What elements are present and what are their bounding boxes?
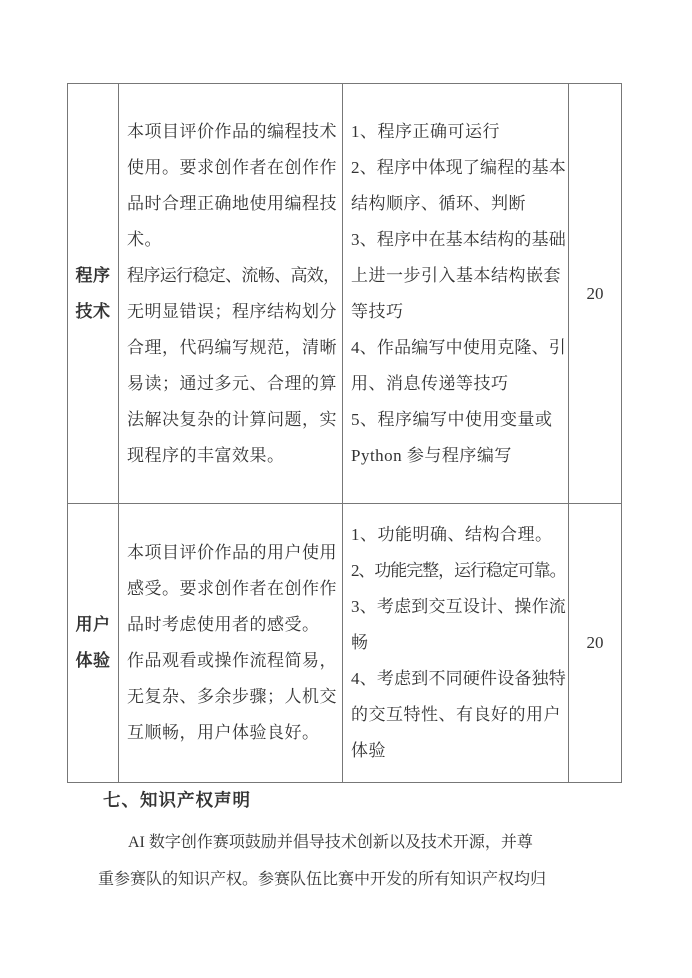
text-line: 重参赛队的知识产权。参赛队伍比赛中开发的所有知识产权均归 — [98, 861, 568, 898]
text-line: 程序 — [76, 258, 111, 294]
text-line: 无复杂、多余步骤；人机交 — [127, 679, 340, 715]
text-line: 技术 — [76, 294, 111, 330]
text-line: 易读；通过多元、合理的算 — [127, 366, 340, 402]
text-line: 畅 — [351, 625, 566, 661]
category-cell-user-experience: 用户体验 — [68, 504, 119, 782]
text-line: 体验 — [76, 643, 111, 679]
text-line: 用、消息传递等技巧 — [351, 366, 566, 402]
section-heading-ip-statement: 七、知识产权声明 — [103, 787, 251, 812]
text-line: 的交互特性、有良好的用户 — [351, 697, 566, 733]
category-cell-program-technology: 程序技术 — [68, 84, 119, 504]
text-line: 法解决复杂的计算问题，实 — [127, 402, 340, 438]
text-line: 术。 — [127, 222, 340, 258]
text-line: 结构顺序、循环、判断 — [351, 186, 566, 222]
text-line: 现程序的丰富效果。 — [127, 438, 340, 474]
score-value-program-technology: 20 — [587, 284, 604, 304]
text-line: 等技巧 — [351, 294, 566, 330]
score-cell-program-technology: 20 — [569, 84, 621, 504]
description-cell-user-experience: 本项目评价作品的用户使用感受。要求创作者在创作作品时考虑使用者的感受。作品观看或… — [119, 504, 343, 782]
text-line: 作品观看或操作流程简易， — [127, 643, 340, 679]
text-line: AI 数字创作赛项鼓励并倡导技术创新以及技术开源，并尊 — [98, 824, 568, 861]
text-line: 合理，代码编写规范，清晰 — [127, 330, 340, 366]
scoring-rubric-table: 程序技术 本项目评价作品的编程技术使用。要求创作者在创作作品时合理正确地使用编程… — [67, 83, 622, 783]
section-paragraph-ip-statement: AI 数字创作赛项鼓励并倡导技术创新以及技术开源，并尊重参赛队的知识产权。参赛队… — [98, 824, 568, 898]
score-cell-user-experience: 20 — [569, 504, 621, 782]
criteria-cell-program-technology: 1、程序正确可运行2、程序中体现了编程的基本结构顺序、循环、判断3、程序中在基本… — [343, 84, 569, 504]
text-line: 本项目评价作品的用户使用 — [127, 535, 340, 571]
text-line: 用户 — [76, 607, 111, 643]
text-line: 3、程序中在基本结构的基础 — [351, 222, 566, 258]
text-line: 1、功能明确、结构合理。 — [351, 517, 566, 553]
text-line: 4、考虑到不同硬件设备独特 — [351, 661, 566, 697]
text-line: 互顺畅，用户体验良好。 — [127, 715, 340, 751]
score-value-user-experience: 20 — [587, 633, 604, 653]
text-line: 2、功能完整，运行稳定可靠。 — [351, 553, 566, 589]
text-line: 品时合理正确地使用编程技 — [127, 186, 340, 222]
text-line: 品时考虑使用者的感受。 — [127, 607, 340, 643]
text-line: Python 参与程序编写 — [351, 438, 566, 474]
description-cell-program-technology: 本项目评价作品的编程技术使用。要求创作者在创作作品时合理正确地使用编程技术。程序… — [119, 84, 343, 504]
text-line: 4、作品编写中使用克隆、引 — [351, 330, 566, 366]
text-line: 3、考虑到交互设计、操作流 — [351, 589, 566, 625]
text-line: 程序运行稳定、流畅、高效， — [127, 258, 340, 294]
text-line: 1、程序正确可运行 — [351, 114, 566, 150]
text-line: 感受。要求创作者在创作作 — [127, 571, 340, 607]
text-line: 本项目评价作品的编程技术 — [127, 114, 340, 150]
criteria-cell-user-experience: 1、功能明确、结构合理。2、功能完整，运行稳定可靠。3、考虑到交互设计、操作流畅… — [343, 504, 569, 782]
text-line: 5、程序编写中使用变量或 — [351, 402, 566, 438]
text-line: 无明显错误；程序结构划分 — [127, 294, 340, 330]
text-line: 体验 — [351, 733, 566, 769]
text-line: 使用。要求创作者在创作作 — [127, 150, 340, 186]
document-page: 程序技术 本项目评价作品的编程技术使用。要求创作者在创作作品时合理正确地使用编程… — [0, 0, 692, 978]
text-line: 上进一步引入基本结构嵌套 — [351, 258, 566, 294]
text-line: 2、程序中体现了编程的基本 — [351, 150, 566, 186]
